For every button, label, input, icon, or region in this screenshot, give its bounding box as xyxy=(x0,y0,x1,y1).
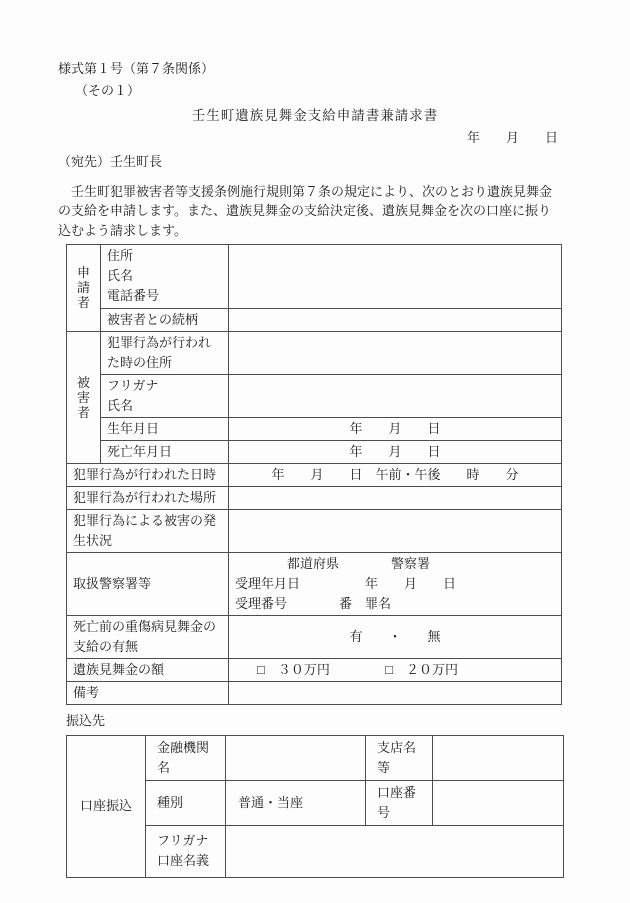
applicant-contact-labels: 住所 氏名 電話番号 xyxy=(101,244,229,308)
date-line: 年 月 日 xyxy=(58,129,572,148)
applicant-relation-label: 被害者との続柄 xyxy=(101,308,229,331)
body-paragraph: 壬生町犯罪被害者等支援条例施行規則第７条の規定により、次のとおり遺族見舞金の支給… xyxy=(58,182,563,240)
victim-crime-address-value xyxy=(229,331,562,374)
branch-name-label: 支店名等 xyxy=(366,735,433,780)
applicant-relation-value xyxy=(229,308,562,331)
victim-name-label: 氏名 xyxy=(107,396,222,416)
transfer-section-label: 振込先 xyxy=(66,712,572,731)
police-accept-number-line: 受理番号 番 罪名 xyxy=(235,594,555,614)
remarks-value xyxy=(229,681,562,704)
amount-option-200k: □２０万円 xyxy=(385,662,458,677)
amount-option-300k: □３０万円 xyxy=(257,662,330,677)
victim-death-value: 年 月 日 xyxy=(229,440,562,463)
applicant-contact-value xyxy=(229,244,562,308)
prior-benefit-label: 死亡前の重傷病見舞金の支給の有無 xyxy=(67,615,229,658)
applicant-phone-label: 電話番号 xyxy=(107,286,222,306)
incident-place-label: 犯罪行為が行われた場所 xyxy=(67,486,229,509)
transfer-group-label: 口座振込 xyxy=(67,735,146,877)
amount-options: □３０万円 □２０万円 xyxy=(229,658,562,681)
victim-furigana-label: フリガナ xyxy=(107,376,222,396)
police-station-value: 都道府県 警察署 受理年月日 年 月 日 受理番号 番 罪名 xyxy=(229,552,562,615)
police-accept-date-line: 受理年月日 年 月 日 xyxy=(235,574,555,594)
page-title: 壬生町遺族見舞金支給申請書兼請求書 xyxy=(58,106,572,126)
account-number-value xyxy=(433,780,564,825)
bank-name-value xyxy=(226,735,366,780)
account-type-label: 種別 xyxy=(146,780,226,825)
addressee: （宛先）壬生町長 xyxy=(58,153,572,172)
remarks-label: 備考 xyxy=(67,681,229,704)
transfer-table: 口座振込 金融機関名 支店名等 種別 普通・当座 口座番号 フリガナ 口座名義 xyxy=(66,735,564,878)
holder-furigana-label: フリガナ xyxy=(157,831,219,851)
amount-option-200k-label: ２０万円 xyxy=(406,662,458,677)
checkbox-icon: □ xyxy=(385,660,393,680)
account-holder-value xyxy=(226,825,564,877)
holder-name-label: 口座名義 xyxy=(157,851,219,871)
incident-datetime-value: 年 月 日 午前・午後 時 分 xyxy=(229,463,562,486)
applicant-group-label: 申請者 xyxy=(67,244,101,331)
victim-name-value xyxy=(229,374,562,417)
incident-datetime-label: 犯罪行為が行われた日時 xyxy=(67,463,229,486)
account-type-value: 普通・当座 xyxy=(226,780,366,825)
police-station-label: 取扱警察署等 xyxy=(67,552,229,615)
victim-birth-value: 年 月 日 xyxy=(229,417,562,440)
victim-crime-address-label: 犯罪行為が行われた時の住所 xyxy=(101,331,229,374)
incident-place-value xyxy=(229,486,562,509)
account-number-label: 口座番号 xyxy=(366,780,433,825)
victim-name-labels: フリガナ 氏名 xyxy=(101,374,229,417)
incident-situation-value xyxy=(229,509,562,552)
prior-benefit-value: 有 ・ 無 xyxy=(229,615,562,658)
applicant-name-label: 氏名 xyxy=(107,266,222,286)
victim-group-label: 被害者 xyxy=(67,331,101,463)
bank-name-label: 金融機関名 xyxy=(146,735,226,780)
main-table: 申請者 住所 氏名 電話番号 被害者との続柄 被害者 犯罪行為が行われた時の住所… xyxy=(66,244,562,705)
form-subnumber: （その１） xyxy=(75,82,572,101)
incident-situation-label: 犯罪行為による被害の発生状況 xyxy=(67,509,229,552)
victim-death-label: 死亡年月日 xyxy=(101,440,229,463)
applicant-address-label: 住所 xyxy=(107,246,222,266)
branch-name-value xyxy=(433,735,564,780)
amount-label: 遺族見舞金の額 xyxy=(67,658,229,681)
form-number: 様式第１号（第７条関係） xyxy=(58,60,572,79)
form-page: 様式第１号（第７条関係） （その１） 壬生町遺族見舞金支給申請書兼請求書 年 月… xyxy=(0,0,630,878)
amount-option-300k-label: ３０万円 xyxy=(278,662,330,677)
checkbox-icon: □ xyxy=(257,660,265,680)
police-prefecture-line: 都道府県 警察署 xyxy=(235,554,555,574)
account-holder-labels: フリガナ 口座名義 xyxy=(146,825,226,877)
victim-birth-label: 生年月日 xyxy=(101,417,229,440)
